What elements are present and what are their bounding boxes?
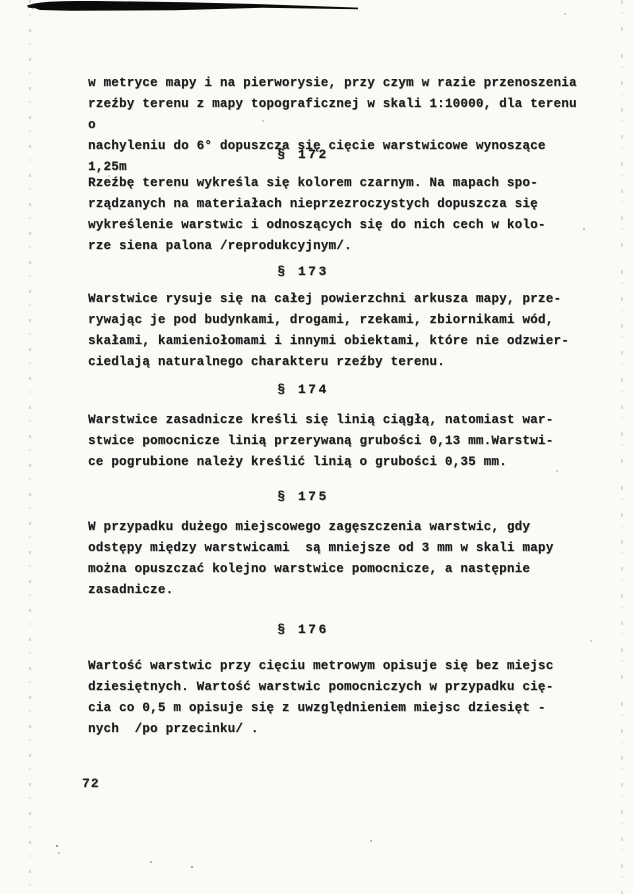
scan-artifact-specks [0,0,2,2]
section-paragraph-172: Rzeźbę terenu wykreśla się kolorem czarn… [88,173,584,257]
section-paragraph-176: Wartość warstwic przy cięciu metrowym op… [88,656,584,740]
scan-artifact-left-edge [29,0,31,894]
section-paragraph-175: W przypadku dużego miejscowego zagęszcze… [88,517,584,601]
section-heading-176: § 176 [88,622,518,637]
section-heading-175: § 175 [88,489,518,504]
scan-artifact-right-edge [621,0,623,894]
scanned-document-page: w metryce mapy i na pierworysie, przy cz… [0,0,633,894]
intro-paragraph: w metryce mapy i na pierworysie, przy cz… [88,73,584,178]
section-heading-173: § 173 [88,264,518,279]
section-heading-174: § 174 [88,382,518,397]
scan-artifact-top-band [0,0,633,20]
section-paragraph-174: Warstwice zasadnicze kreśli się linią ci… [88,410,584,473]
page-number: 72 [82,776,100,791]
section-paragraph-173: Warstwice rysuje się na całej powierzchn… [88,289,584,373]
section-heading-172: § 172 [88,147,518,162]
